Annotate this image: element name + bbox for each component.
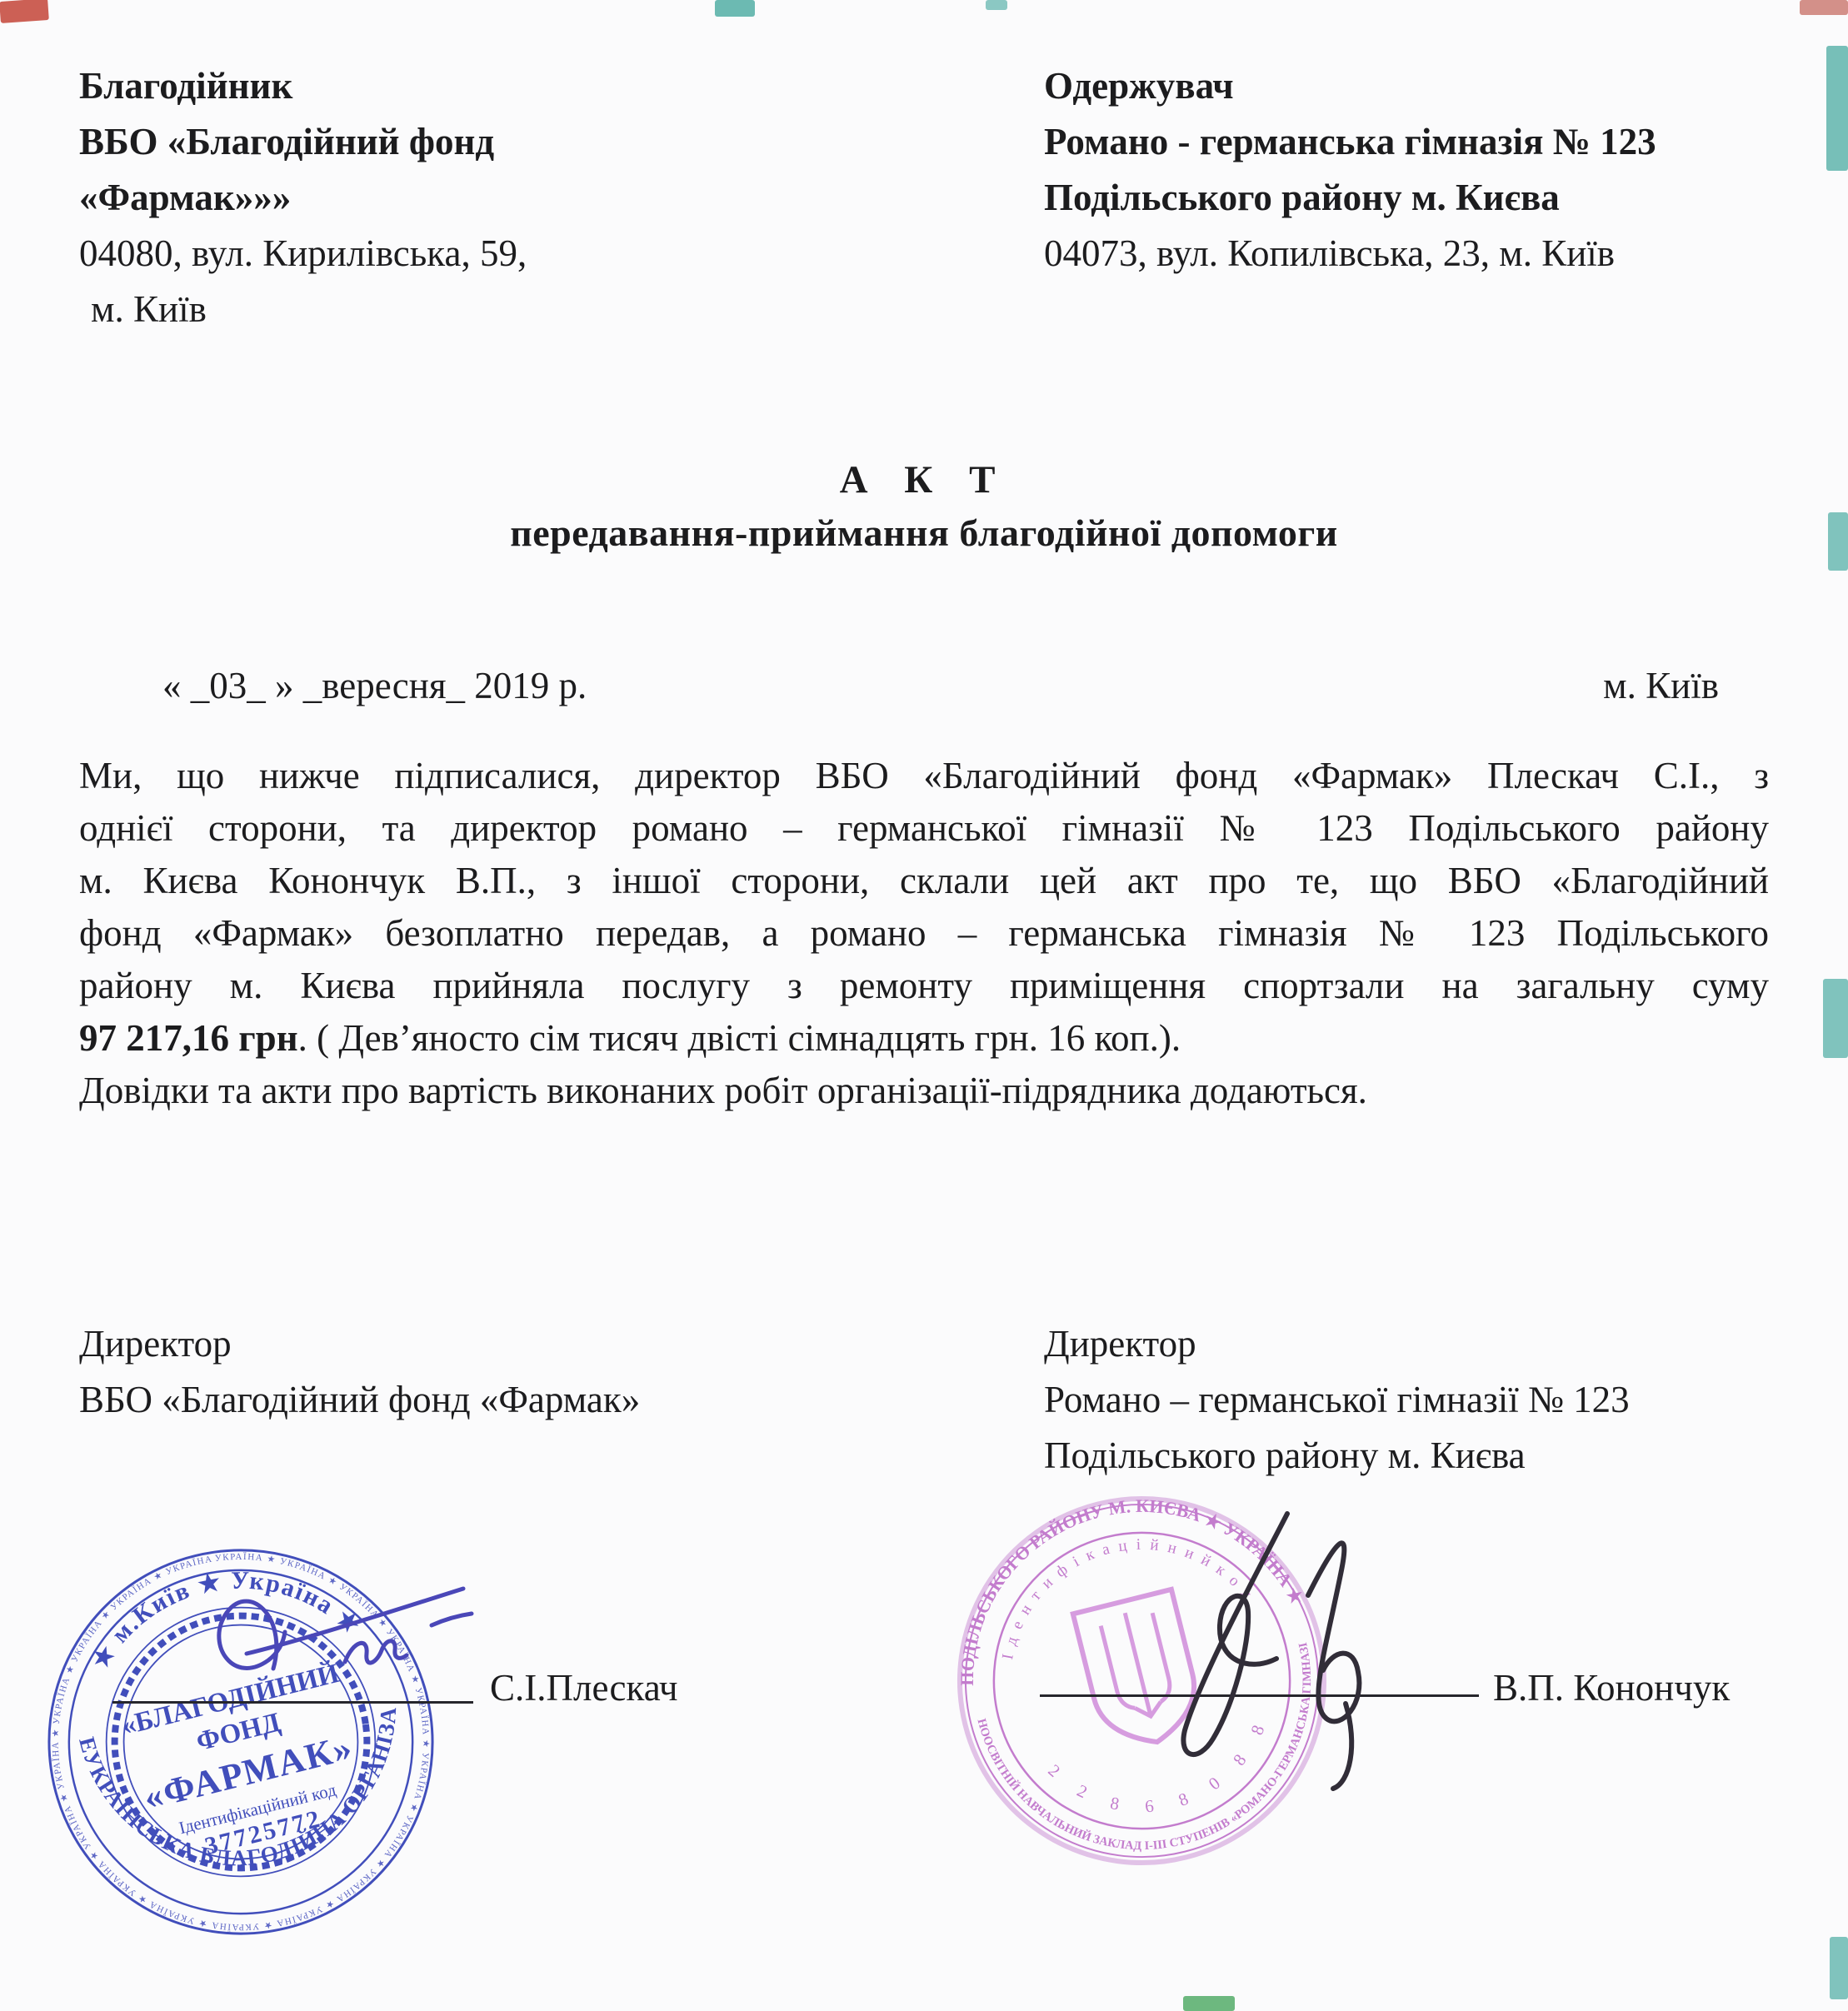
- body-line: району м. Києва прийняла послугу з ремон…: [79, 960, 1769, 1012]
- signatory-right-org-line2: Подільського району м. Києва: [1044, 1428, 1811, 1484]
- scanned-document-page: Благодійник ВБО «Благодійний фонд «Фарма…: [0, 0, 1848, 2011]
- body-line-attachments: Довідки та акти про вартість виконаних р…: [79, 1065, 1769, 1117]
- recipient-address: 04073, вул. Копилівська, 23, м. Київ: [1044, 226, 1811, 282]
- signatory-left-org: ВБО «Благодійний фонд «Фармак»: [79, 1372, 829, 1428]
- scan-artifact: [1828, 512, 1848, 571]
- signature-name-left: С.І.Плескач: [490, 1666, 678, 1709]
- scan-artifact: [1826, 46, 1848, 171]
- signatory-right-org-line1: Романо – германської гімназії № 123: [1044, 1372, 1811, 1428]
- recipient-org-line1: Романо - германська гімназія № 123: [1044, 114, 1811, 170]
- scan-artifact: [715, 0, 755, 17]
- body-line: однієї сторони, та директор романо – гер…: [79, 802, 1769, 855]
- body-line: м. Києва Конончук В.П., з іншої сторони,…: [79, 855, 1769, 907]
- signatory-left-block: Директор ВБО «Благодійний фонд «Фармак»: [79, 1316, 829, 1428]
- place-value: м. Київ: [1603, 664, 1719, 707]
- body-line-amount: 97 217,16 грн. ( Дев’яносто сім тисяч дв…: [79, 1012, 1769, 1065]
- signatory-right-role: Директор: [1044, 1316, 1811, 1372]
- benefactor-label: Благодійник: [79, 58, 712, 114]
- recipient-block: Одержувач Романо - германська гімназія №…: [1044, 58, 1811, 282]
- document-title-block: А К Т передавання-приймання благодійної …: [0, 457, 1848, 555]
- benefactor-block: Благодійник ВБО «Благодійний фонд «Фарма…: [79, 58, 712, 337]
- recipient-label: Одержувач: [1044, 58, 1811, 114]
- body-line: Ми, що нижче підписалися, директор ВБО «…: [79, 750, 1769, 802]
- scan-artifact: [1800, 0, 1848, 15]
- date-row: « _03_ » _вересня_ 2019 р. м. Київ: [79, 664, 1769, 714]
- scan-artifact: [1183, 1996, 1235, 2011]
- scan-artifact: [0, 0, 49, 23]
- document-subtitle: передавання-приймання благодійної допомо…: [0, 511, 1848, 555]
- amount-in-words: . ( Дев’яносто сім тисяч двісті сімнадця…: [298, 1017, 1181, 1059]
- benefactor-address-line2: м. Київ: [79, 282, 712, 337]
- document-title: А К Т: [0, 457, 1848, 502]
- amount-value: 97 217,16 грн: [79, 1017, 298, 1059]
- signature-name-right: В.П. Конончук: [1493, 1666, 1730, 1709]
- benefactor-org-line1: ВБО «Благодійний фонд: [79, 114, 712, 170]
- benefactor-org-line2: «Фармак»»»: [79, 170, 712, 226]
- signatory-left-role: Директор: [79, 1316, 829, 1372]
- signature-ink-right: [1058, 1495, 1408, 1820]
- signature-ink-left: [167, 1545, 500, 1712]
- signatory-right-block: Директор Романо – германської гімназії №…: [1044, 1316, 1811, 1484]
- body-line: фонд «Фармак» безоплатно передав, а рома…: [79, 907, 1769, 960]
- recipient-org-line2: Подільського району м. Києва: [1044, 170, 1811, 226]
- scan-artifact: [1823, 979, 1848, 1058]
- scan-artifact: [1830, 1937, 1848, 1999]
- scan-artifact: [986, 0, 1007, 10]
- date-value: « _03_ » _вересня_ 2019 р.: [162, 664, 587, 707]
- body-paragraph: Ми, що нижче підписалися, директор ВБО «…: [79, 750, 1769, 1117]
- benefactor-address-line1: 04080, вул. Кирилівська, 59,: [79, 226, 712, 282]
